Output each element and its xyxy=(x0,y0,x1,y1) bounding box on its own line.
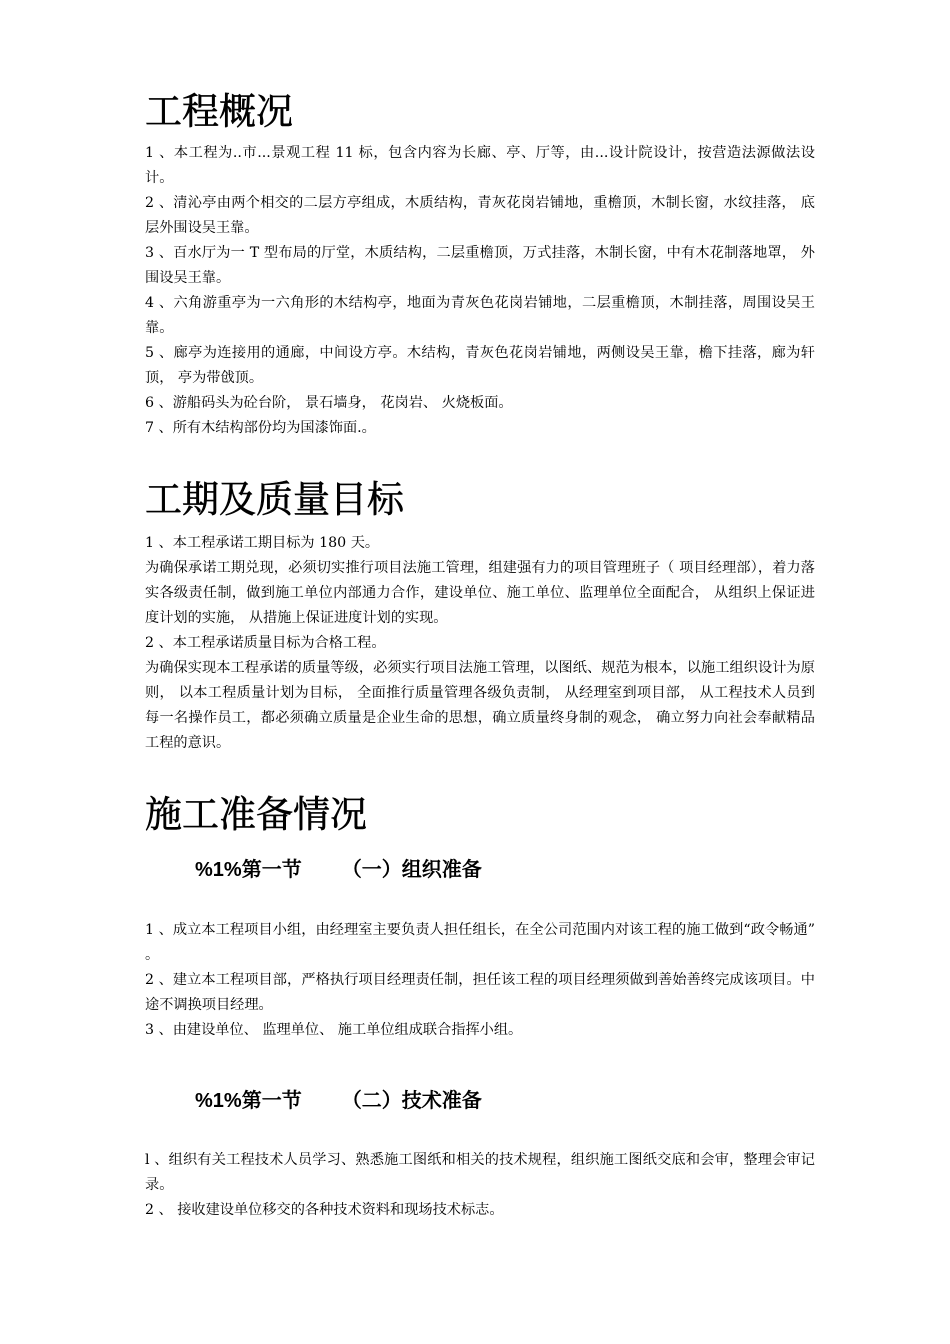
paragraph: 2 、 接收建设单位移交的各种技术资料和现场技术标志。 xyxy=(145,1198,815,1223)
paragraph: 4 、六角游重亭为一六角形的木结构亭，地面为青灰色花岗岩铺地，二层重檐顶，木制挂… xyxy=(145,291,815,341)
subsection-heading-organization: %1%第一节（一）组织准备 xyxy=(195,858,482,882)
paragraph: l 、组织有关工程技术人员学习、熟悉施工图纸和相关的技术规程，组织施工图纸交底和… xyxy=(145,1148,815,1198)
subsection-title: （一）组织准备 xyxy=(342,859,482,881)
paragraph: 2 、本工程承诺质量目标为合格工程。 xyxy=(145,631,815,656)
paragraph: 1 、本工程承诺工期目标为 180 天。 xyxy=(145,531,815,556)
paragraph: 7 、所有木结构部份均为国漆饰面.。 xyxy=(145,416,815,441)
paragraph: 1 、成立本工程项目小组，由经理室主要负责人担任组长，在全公司范围内对该工程的施… xyxy=(145,918,815,968)
subsection-number: %1%第一节 xyxy=(195,859,302,881)
paragraph: 2 、清沁亭由两个相交的二层方亭组成，木质结构，青灰花岗岩铺地，重檐顶，木制长窗… xyxy=(145,191,815,241)
paragraph: 6 、游船码头为砼台阶， 景石墙身， 花岗岩、 火烧板面。 xyxy=(145,391,815,416)
subsection-heading-technical: %1%第一节（二）技术准备 xyxy=(195,1089,482,1113)
paragraph: 为确保实现本工程承诺的质量等级，必须实行项目法施工管理，以图纸、规范为根本，以施… xyxy=(145,656,815,756)
subsection-number: %1%第一节 xyxy=(195,1090,302,1112)
paragraph: 5 、廊亭为连接用的通廊，中间设方亭。木结构，青灰色花岗岩铺地，两侧设吴王靠，檐… xyxy=(145,341,815,391)
section-heading-construction-prep: 施工准备情况 xyxy=(145,795,367,835)
paragraph: 3 、由建设单位、 监理单位、 施工单位组成联合指挥小组。 xyxy=(145,1018,815,1043)
paragraph: 为确保承诺工期兑现，必须切实推行项目法施工管理，组建强有力的项目管理班子（ 项目… xyxy=(145,556,815,631)
section-heading-project-overview: 工程概况 xyxy=(145,92,293,132)
paragraph: 3 、百水厅为一 T 型布局的厅堂，木质结构，二层重檐顶，万式挂落，木制长窗，中… xyxy=(145,241,815,291)
paragraph: 1 、本工程为..市...景观工程 11 标，包含内容为长廊、亭、厅等，由...… xyxy=(145,141,815,191)
subsection-title: （二）技术准备 xyxy=(342,1090,482,1112)
section-heading-schedule-quality: 工期及质量目标 xyxy=(145,480,404,520)
paragraph: 2 、建立本工程项目部，严格执行项目经理责任制，担任该工程的项目经理须做到善始善… xyxy=(145,968,815,1018)
